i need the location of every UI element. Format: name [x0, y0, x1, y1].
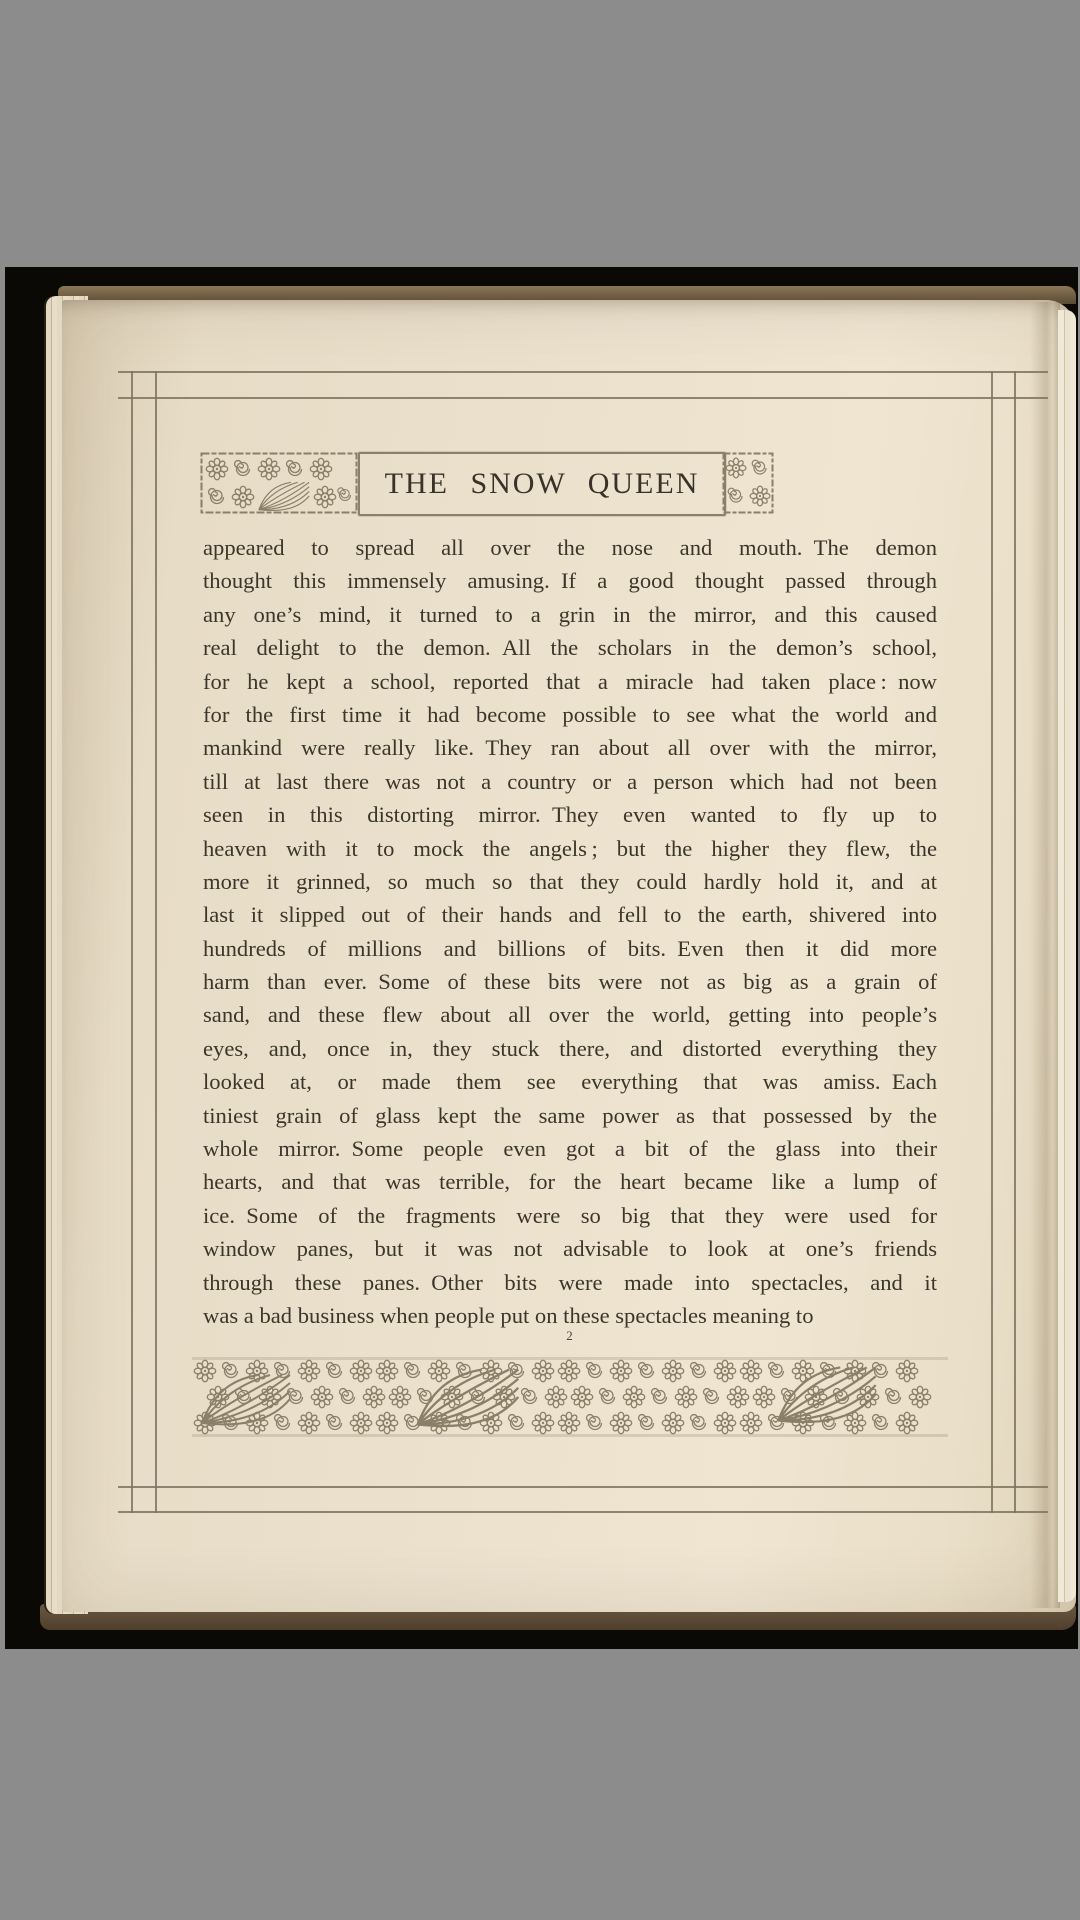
text-line: harm than ever. Some of these bits were …: [203, 965, 937, 998]
text-line: tiniest grain of glass kept the same pow…: [203, 1099, 937, 1132]
border-rule-right-outer: [1014, 371, 1016, 1513]
text-line: whole mirror. Some people even got a bit…: [203, 1132, 937, 1165]
text-line: hundreds of millions and billions of bit…: [203, 932, 937, 965]
text-line: mankind were really like. They ran about…: [203, 731, 937, 764]
text-line: sand, and these flew about all over the …: [203, 998, 937, 1031]
page-stack-right-edges: [1058, 310, 1076, 1602]
text-line: appeared to spread all over the nose and…: [203, 531, 937, 564]
scanned-book-photo: { "window": { "background_color": "#8c8c…: [0, 0, 1080, 1920]
text-line: ice. Some of the fragments were so big t…: [203, 1199, 937, 1232]
page-number: 2: [203, 1328, 937, 1344]
floral-ornament-right-icon: [722, 452, 774, 514]
text-line: real delight to the demon. All the schol…: [203, 631, 937, 664]
page-curl-shadow: [1030, 302, 1060, 1608]
text-line: more it grinned, so much so that they co…: [203, 865, 937, 898]
text-line: for the first time it had become possibl…: [203, 698, 937, 731]
title-panel: THE SNOW QUEEN: [358, 452, 726, 516]
text-line: through these panes. Other bits were mad…: [203, 1266, 937, 1299]
floral-ornament-left-icon: [200, 452, 358, 514]
border-rule-top-outer: [118, 371, 1048, 373]
text-line: looked at, or made them see everything t…: [203, 1065, 937, 1098]
text-line: eyes, and, once in, they stuck there, an…: [203, 1032, 937, 1065]
text-line: any one’s mind, it turned to a grin in t…: [203, 598, 937, 631]
border-rule-bottom-inner: [118, 1486, 1048, 1488]
floral-footer-band-icon: [192, 1357, 948, 1437]
text-line: last it slipped out of their hands and f…: [203, 898, 937, 931]
text-line: thought this immensely amusing. If a goo…: [203, 564, 937, 597]
text-line: seen in this distorting mirror. They eve…: [203, 798, 937, 831]
page-title: THE SNOW QUEEN: [385, 467, 700, 501]
border-rule-left-outer: [131, 371, 133, 1513]
text-line: heaven with it to mock the angels ; but …: [203, 832, 937, 865]
body-text: appeared to spread all over the nose and…: [203, 531, 937, 1332]
border-rule-top-inner: [118, 397, 1048, 399]
border-rule-left-inner: [155, 371, 157, 1513]
text-line: window panes, but it was not advisable t…: [203, 1232, 937, 1265]
border-rule-bottom-outer: [118, 1511, 1048, 1513]
border-rule-right-inner: [991, 371, 993, 1513]
text-line: hearts, and that was terrible, for the h…: [203, 1165, 937, 1198]
text-line: for he kept a school, reported that a mi…: [203, 665, 937, 698]
text-line: till at last there was not a country or …: [203, 765, 937, 798]
